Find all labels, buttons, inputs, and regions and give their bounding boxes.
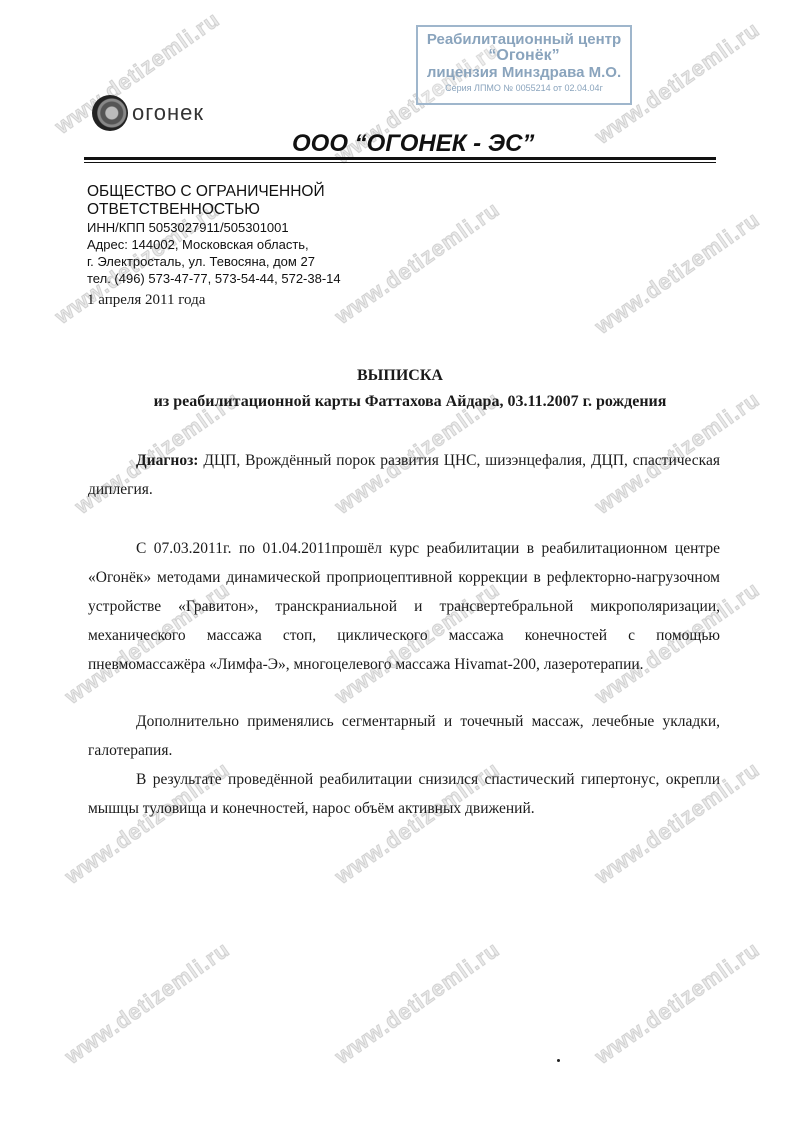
- company-title: ООО “ОГОНЕК - ЭС”: [292, 130, 534, 158]
- watermark: www.detizemli.ru: [330, 936, 505, 1069]
- license-stamp: Реабилитационный центр “Огонёк” лицензия…: [416, 25, 632, 105]
- org-name-line-1: ОБЩЕСТВО С ОГРАНИЧЕННОЙ: [87, 183, 341, 201]
- watermark: www.detizemli.ru: [590, 936, 765, 1069]
- document-subtitle: из реабилитационной карты Фаттахова Айда…: [0, 393, 800, 411]
- scan-speck: [557, 1059, 560, 1062]
- logo-ring-icon: [92, 95, 128, 131]
- additional-paragraph: Дополнительно применялись сегментарный и…: [88, 707, 720, 765]
- watermark: www.detizemli.ru: [60, 936, 235, 1069]
- org-inn-kpp: ИНН/КПП 5053027911/505301001: [87, 219, 341, 236]
- treatment-paragraph: С 07.03.2011г. по 01.04.2011прошёл курс …: [88, 534, 720, 679]
- stamp-line-3: лицензия Минздрава М.О.: [418, 64, 630, 81]
- watermark: www.detizemli.ru: [590, 206, 765, 339]
- document-date: 1 апреля 2011 года: [87, 292, 205, 309]
- stamp-line-1: Реабилитационный центр: [418, 31, 630, 48]
- header-rule-thin: [84, 162, 716, 163]
- document-title: ВЫПИСКА: [0, 367, 800, 385]
- org-name-line-2: ОТВЕТСТВЕННОСТЬЮ: [87, 201, 341, 219]
- watermark: www.detizemli.ru: [330, 196, 505, 329]
- diagnosis-paragraph: Диагноз: ДЦП, Врождённый порок развития …: [88, 446, 720, 504]
- stamp-line-4: Серия ЛПМО № 0055214 от 02.04.04г: [418, 83, 630, 93]
- result-paragraph: В результате проведённой реабилитации сн…: [88, 765, 720, 823]
- stamp-line-2: “Огонёк”: [418, 48, 630, 64]
- org-address-line-1: Адрес: 144002, Московская область,: [87, 236, 341, 253]
- header-rule-thick: [84, 157, 716, 160]
- logo-text: огонек: [132, 100, 204, 126]
- org-address-line-2: г. Электросталь, ул. Тевосяна, дом 27: [87, 253, 341, 270]
- organization-details: ОБЩЕСТВО С ОГРАНИЧЕННОЙ ОТВЕТСТВЕННОСТЬЮ…: [87, 183, 341, 287]
- company-logo: огонек: [92, 95, 204, 131]
- diagnosis-label: Диагноз:: [136, 452, 198, 469]
- org-phones: тел. (496) 573-47-77, 573-54-44, 572-38-…: [87, 270, 341, 287]
